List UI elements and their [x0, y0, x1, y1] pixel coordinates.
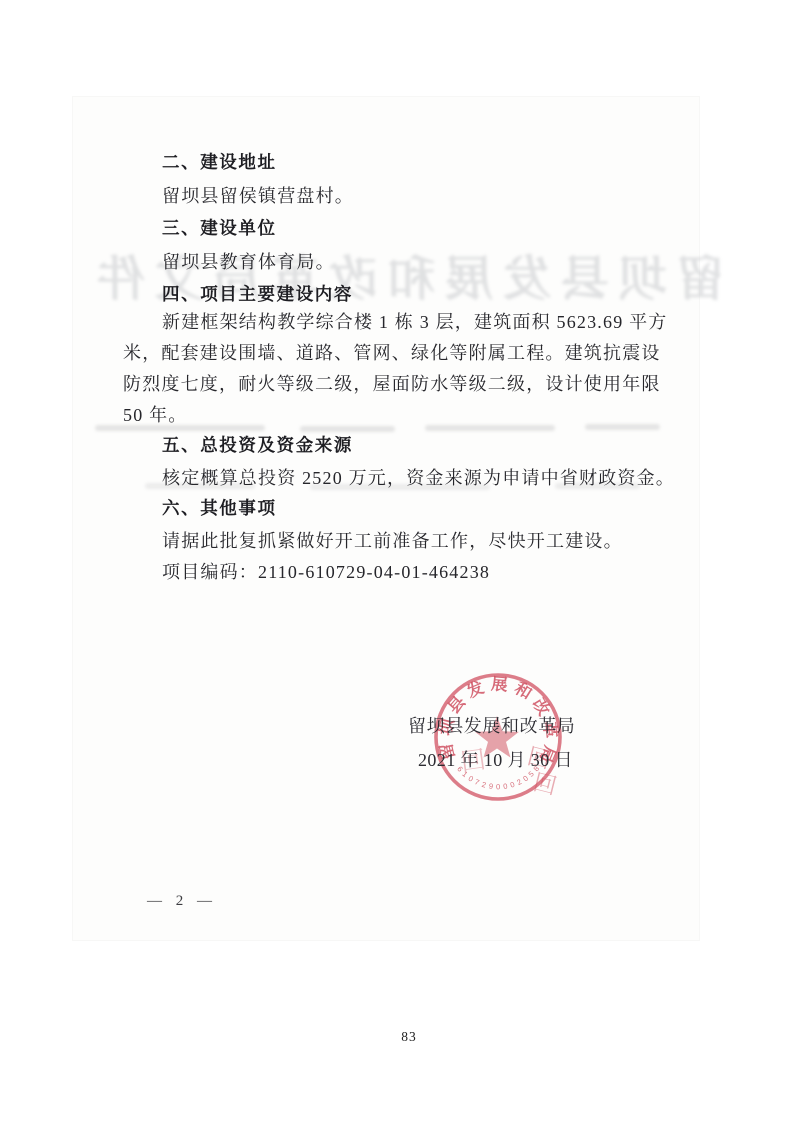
- section-heading-4: 四、项目主要建设内容: [123, 281, 668, 306]
- section-heading-6: 六、其他事项: [123, 495, 668, 520]
- section-heading-3: 三、建设单位: [123, 215, 668, 240]
- document-page-label: — 2 —: [147, 893, 217, 910]
- body-line: 留坝县教育体育局。: [123, 248, 668, 274]
- body-line: 请据此批复抓紧做好开工前准备工作，尽快开工建设。: [123, 527, 668, 553]
- body-line: 50 年。: [123, 401, 668, 427]
- issuing-agency: 留坝县发展和改革局: [408, 712, 575, 738]
- section-heading-2: 二、建设地址: [123, 149, 668, 174]
- body-line: 新建框架结构教学综合楼 1 栋 3 层，建筑面积 5623.69 平方: [123, 308, 668, 334]
- body-line: 防烈度七度，耐火等级二级，屋面防水等级二级，设计使用年限: [123, 370, 668, 396]
- section-heading-5: 五、总投资及资金来源: [123, 432, 668, 457]
- issue-date: 2021 年 10 月 30 日: [418, 746, 573, 772]
- body-line: 核定概算总投资 2520 万元，资金来源为申请中省财政资金。: [123, 464, 668, 490]
- pdf-page-number: 83: [0, 1029, 793, 1045]
- scanned-document-page: 留坝县发展和改革局文件 二、建设地址 留坝县留侯镇营盘村。 三、建设单位 留坝县…: [0, 0, 793, 1122]
- project-code-line: 项目编码：2110-610729-04-01-464238: [123, 558, 668, 584]
- seal-overlap-glyph: 回: [531, 770, 559, 800]
- body-line: 留坝县留侯镇营盘村。: [123, 182, 668, 208]
- body-line: 米，配套建设围墙、道路、管网、绿化等附属工程。建筑抗震设: [123, 339, 668, 365]
